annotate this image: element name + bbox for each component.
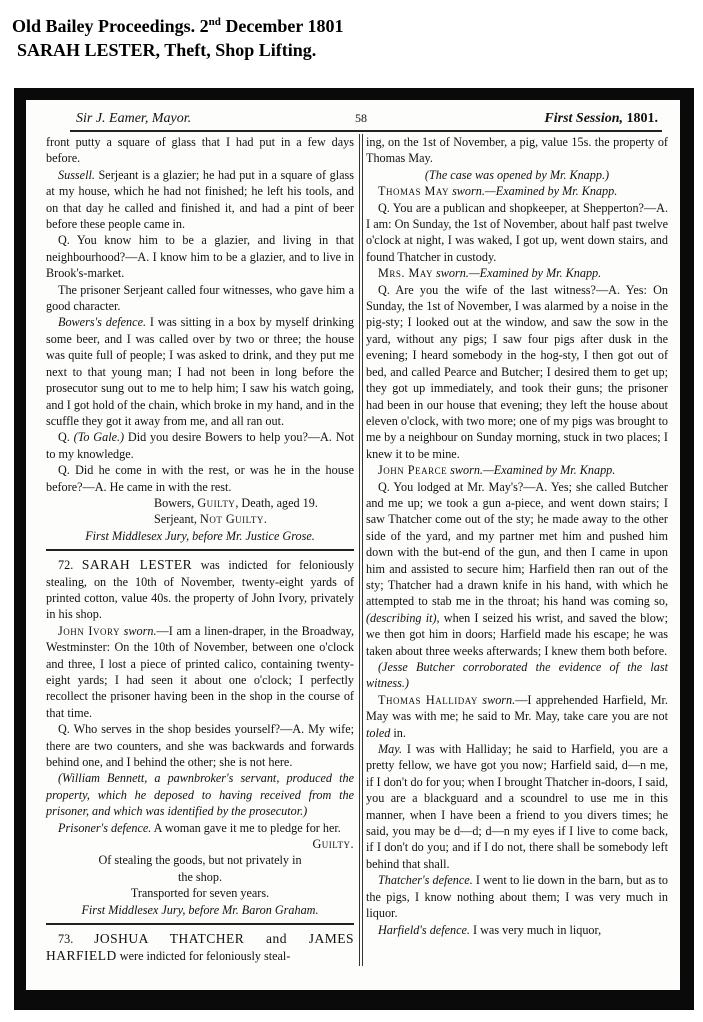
verdict-detail: the shop. <box>46 869 354 885</box>
title-line: Old Bailey Proceedings. 2nd December 180… <box>12 10 344 38</box>
jury-line: First Middlesex Jury, before Mr. Justice… <box>46 528 354 544</box>
column-divider <box>359 134 360 966</box>
document-title: Old Bailey Proceedings. 2nd December 180… <box>12 10 344 62</box>
witness-heading: Mrs. May sworn.—Examined by Mr. Knapp. <box>366 265 668 281</box>
paragraph: Sussell. Serjeant is a glazier; he had p… <box>46 167 354 233</box>
paragraph: Q. You lodged at Mr. May's?—A. Yes; she … <box>366 479 668 659</box>
paragraph: Prisoner's defence. A woman gave it me t… <box>46 820 354 836</box>
paragraph: ing, on the 1st of November, a pig, valu… <box>366 134 668 167</box>
verdict-detail: Of stealing the goods, but not privately… <box>46 852 354 868</box>
paragraph: Bowers's defence. I was sitting in a box… <box>46 314 354 429</box>
paragraph: Q. Are you the wife of the last witness?… <box>366 282 668 462</box>
column-divider-inner <box>362 134 363 966</box>
paragraph: The prisoner Serjeant called four witnes… <box>46 282 354 315</box>
paragraph: May. I was with Halliday; he said to Har… <box>366 741 668 872</box>
witness-heading: Thomas May sworn.—Examined by Mr. Knapp. <box>366 183 668 199</box>
verdict-line: Serjeant, Not Guilty. <box>46 511 354 527</box>
paragraph: Q. (To Gale.) Did you desire Bowers to h… <box>46 429 354 462</box>
scanned-page: Sir J. Eamer, Mayor. 58 First Session, 1… <box>26 100 680 990</box>
paragraph: Thatcher's defence. I went to lie down i… <box>366 872 668 921</box>
running-head-right: First Session, 1801. <box>544 111 658 127</box>
paragraph: Q. Who serves in the shop besides yourse… <box>46 721 354 770</box>
verdict-guilty: Guilty. <box>46 836 354 852</box>
page-number: 58 <box>355 111 367 126</box>
subtitle-line: SARAH LESTER, Theft, Shop Lifting. <box>12 38 344 62</box>
paragraph: John Ivory sworn.—I am a linen-draper, i… <box>46 623 354 721</box>
verdict-line: Bowers, Guilty, Death, aged 19. <box>46 495 354 511</box>
scan-frame: Sir J. Eamer, Mayor. 58 First Session, 1… <box>14 88 694 1010</box>
running-head-left: Sir J. Eamer, Mayor. <box>76 111 191 127</box>
note: (William Bennett, a pawnbroker's servant… <box>46 770 354 819</box>
left-column: front putty a square of glass that I had… <box>46 134 354 964</box>
right-column: ing, on the 1st of November, a pig, valu… <box>366 134 668 938</box>
paragraph: Q. Did he come in with the rest, or was … <box>46 462 354 495</box>
running-head: Sir J. Eamer, Mayor. 58 First Session, 1… <box>70 108 662 130</box>
case-separator <box>46 549 354 551</box>
header-rule <box>70 130 662 132</box>
case-heading: 72. SARAH LESTER was indicted for feloni… <box>46 557 354 623</box>
case-heading: 73. JOSHUA THATCHER and JAMES HARFIELD w… <box>46 931 354 964</box>
paragraph: Thomas Halliday sworn.—I apprehended Har… <box>366 692 668 741</box>
paragraph: Q. You are a publican and shopkeeper, at… <box>366 200 668 266</box>
sentence: Transported for seven years. <box>46 885 354 901</box>
paragraph: front putty a square of glass that I had… <box>46 134 354 167</box>
paragraph: Q. You know him to be a glazier, and liv… <box>46 232 354 281</box>
case-separator <box>46 923 354 925</box>
note: (The case was opened by Mr. Knapp.) <box>366 167 668 183</box>
jury-line: First Middlesex Jury, before Mr. Baron G… <box>46 902 354 918</box>
witness-heading: John Pearce sworn.—Examined by Mr. Knapp… <box>366 462 668 478</box>
paragraph: Harfield's defence. I was very much in l… <box>366 922 668 938</box>
note: (Jesse Butcher corroborated the evidence… <box>366 659 668 692</box>
